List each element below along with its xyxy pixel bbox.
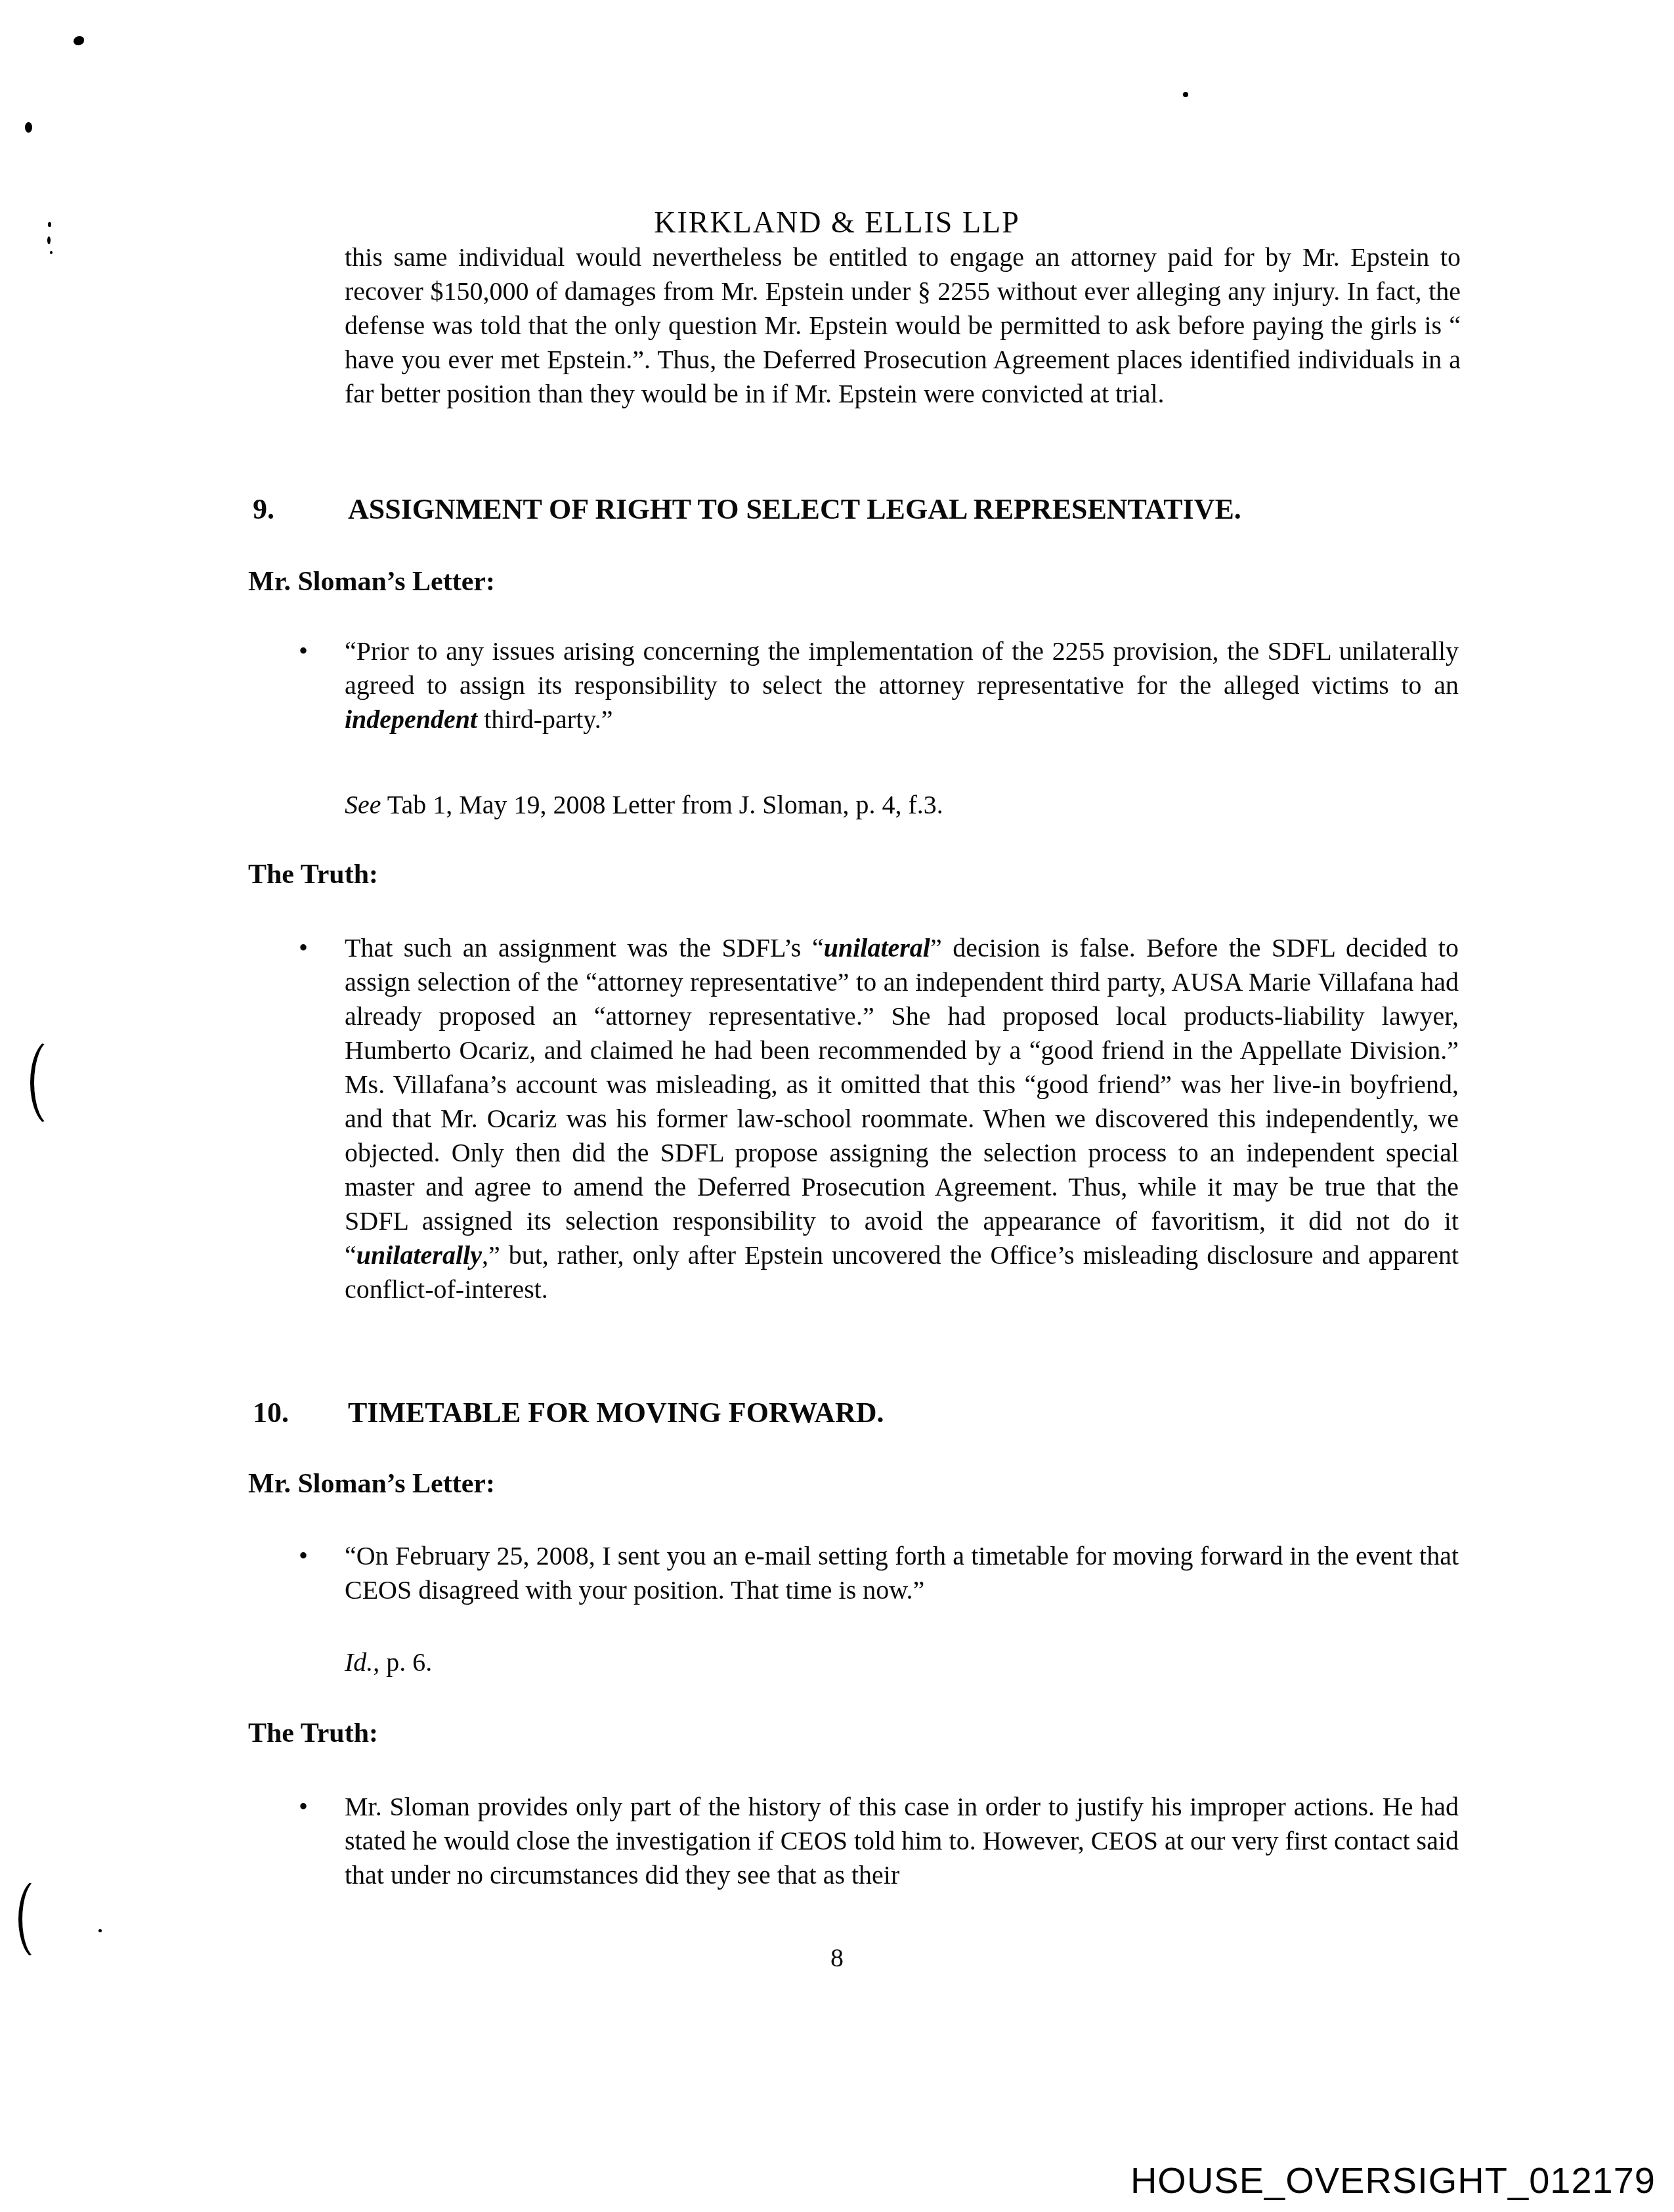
text-segment-emphasis: unilateral	[824, 933, 930, 963]
text-segment: “Prior to any issues arising concerning …	[345, 636, 1459, 700]
text-segment: ,” but, rather, only after Epstein uncov…	[345, 1240, 1459, 1304]
section-10-title: TIMETABLE FOR MOVING FORWARD.	[348, 1396, 1411, 1429]
section-9-truth-bullet: • That such an assignment was the SDFL’s…	[299, 931, 1459, 1307]
bates-stamp: HOUSE_OVERSIGHT_012179	[1130, 2159, 1656, 2201]
section-9-letter-bullet-text: “Prior to any issues arising concerning …	[345, 634, 1459, 737]
scan-speck	[25, 122, 32, 133]
scan-artifact-paren-left	[30, 1039, 72, 1126]
text-segment: third-party.”	[477, 705, 612, 734]
section-9-letter-label: Mr. Sloman’s Letter:	[248, 566, 495, 597]
citation-signal: See	[345, 790, 381, 819]
section-10-letter-label: Mr. Sloman’s Letter:	[248, 1468, 495, 1500]
section-9-truth-label: The Truth:	[248, 859, 378, 890]
section-10-truth-bullet: • Mr. Sloman provides only part of the h…	[299, 1790, 1459, 1892]
page-number: 8	[0, 1942, 1674, 1973]
citation-text: , p. 6.	[373, 1647, 432, 1677]
section-10-truth-label: The Truth:	[248, 1718, 378, 1749]
text-segment-emphasis: unilaterally	[356, 1240, 482, 1270]
section-10-citation: Id., p. 6.	[345, 1645, 432, 1680]
citation-signal: Id.	[345, 1647, 373, 1677]
scan-speck	[98, 1929, 102, 1932]
section-10-number: 10.	[253, 1396, 289, 1429]
text-segment-emphasis: independent	[345, 705, 477, 734]
citation-text: Tab 1, May 19, 2008 Letter from J. Sloma…	[381, 790, 943, 819]
bullet-icon: •	[299, 1539, 345, 1573]
section-9-number: 9.	[253, 492, 274, 526]
section-9-title: ASSIGNMENT OF RIGHT TO SELECT LEGAL REPR…	[348, 492, 1411, 526]
text-segment: That such an assignment was the SDFL’s “	[345, 933, 824, 963]
firm-letterhead: KIRKLAND & ELLIS LLP	[0, 205, 1674, 240]
section-10-letter-bullet-text: “On February 25, 2008, I sent you an e-m…	[345, 1539, 1459, 1607]
bullet-icon: •	[299, 1790, 345, 1824]
section-10-truth-bullet-text: Mr. Sloman provides only part of the his…	[345, 1790, 1459, 1892]
scan-speck	[1183, 92, 1188, 97]
section-10-letter-bullet: • “On February 25, 2008, I sent you an e…	[299, 1539, 1459, 1607]
bullet-icon: •	[299, 931, 345, 965]
bullet-icon: •	[299, 634, 345, 668]
document-page: KIRKLAND & ELLIS LLP this same individua…	[0, 0, 1674, 2212]
section-9-citation: See Tab 1, May 19, 2008 Letter from J. S…	[345, 788, 943, 822]
section-9-letter-bullet: • “Prior to any issues arising concernin…	[299, 634, 1459, 737]
intro-paragraph: this same individual would nevertheless …	[345, 240, 1461, 411]
section-9-truth-bullet-text: That such an assignment was the SDFL’s “…	[345, 931, 1459, 1307]
scan-speck	[74, 36, 84, 45]
scan-speck	[50, 251, 53, 254]
text-segment: ” decision is false. Before the SDFL dec…	[345, 933, 1459, 1270]
